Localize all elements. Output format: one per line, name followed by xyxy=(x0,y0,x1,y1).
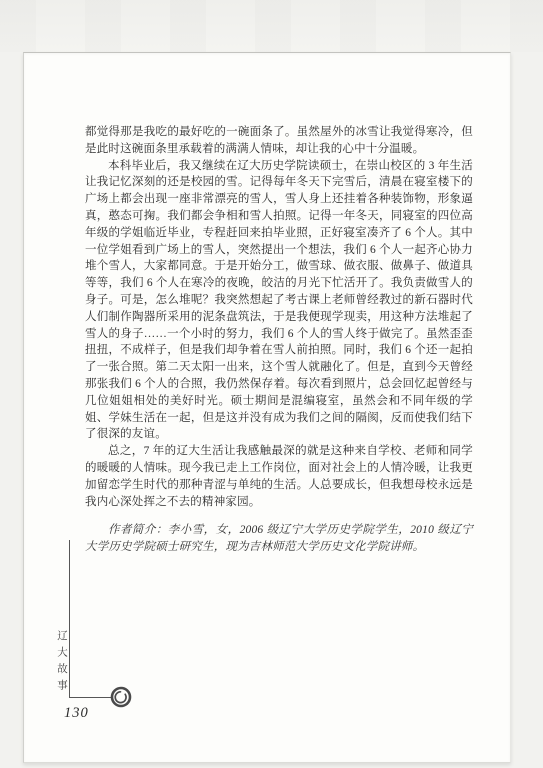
series-title-vertical: 辽大故事 xyxy=(54,630,69,696)
article-text-block: 都觉得那是我吃的最好吃的一碗面条了。虽然屋外的冰雪让我觉得寒冷，但是此时这碗面条… xyxy=(85,124,473,556)
scan-background: 都觉得那是我吃的最好吃的一碗面条了。虽然屋外的冰雪让我觉得寒冷，但是此时这碗面条… xyxy=(0,0,543,768)
footer-horizontal-rule xyxy=(69,697,113,698)
paragraph-masters-years: 本科毕业后，我又继续在辽大历史学院读硕士，在崇山校区的 3 年生活让我记忆深刻的… xyxy=(85,158,473,444)
scan-artifact-band xyxy=(0,0,543,52)
paragraph-conclusion: 总之，7 年的辽大生活让我感触最深的就是这种来自学校、老师和同学的暖暖的人情味。… xyxy=(85,443,473,510)
spiral-seal-icon xyxy=(109,685,133,709)
book-page: 都觉得那是我吃的最好吃的一碗面条了。虽然屋外的冰雪让我觉得寒冷，但是此时这碗面条… xyxy=(23,52,511,763)
author-bio: 作者简介：李小雪，女，2006 级辽宁大学历史学院学生，2010 级辽宁大学历史… xyxy=(85,522,473,556)
paragraph-continuation: 都觉得那是我吃的最好吃的一碗面条了。虽然屋外的冰雪让我觉得寒冷，但是此时这碗面条… xyxy=(85,124,473,158)
footer-vertical-rule xyxy=(69,540,70,698)
page-number: 130 xyxy=(64,705,89,722)
